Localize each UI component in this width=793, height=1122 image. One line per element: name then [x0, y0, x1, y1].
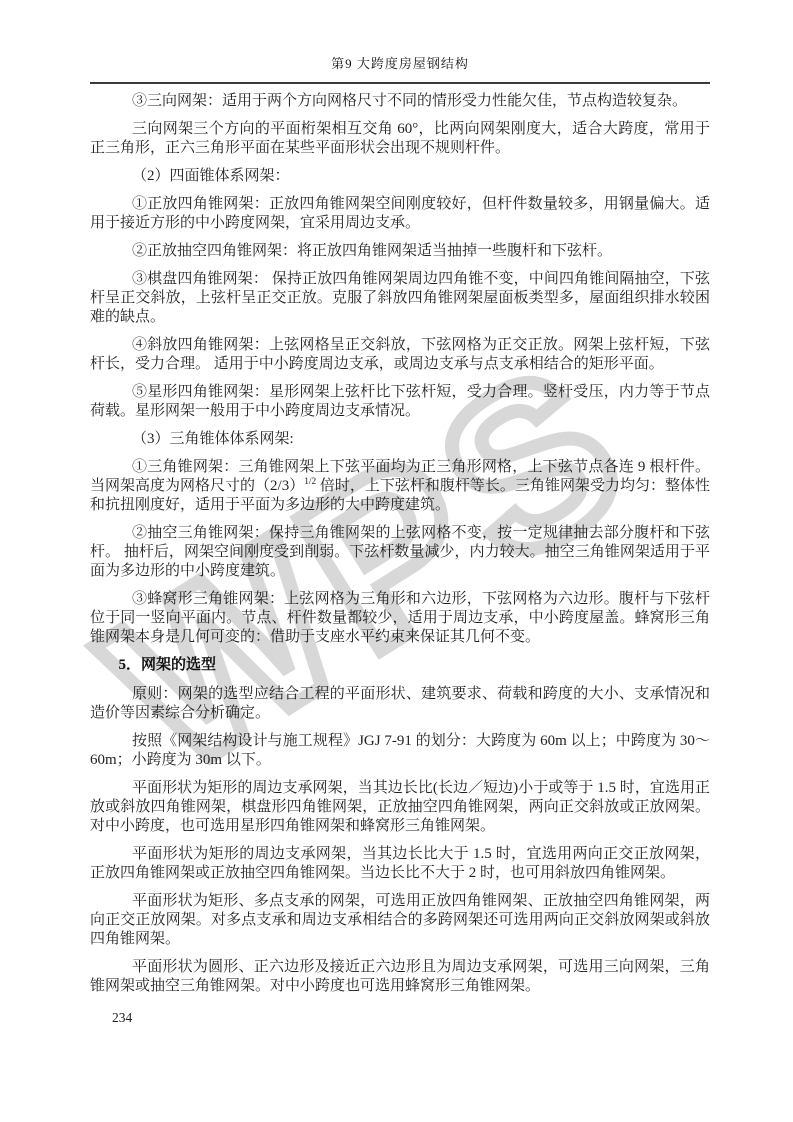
paragraph-square-pyramid-4: ④斜放四角锥网架：上弦网格呈正交斜放，下弦网格为正交正放。网架上弦杆短，下弦杆长…: [90, 336, 710, 374]
paragraph-square-pyramid-1: ①正放四角锥网架：正放四角锥网架空间刚度较好，但杆件数量较多，用钢量偏大。适用于…: [90, 195, 710, 233]
paragraph-triangular-pyramid-3: ③蜂窝形三角锥网架：上弦网格为三角形和六边形，下弦网格为六边形。腹杆与下弦杆位于…: [90, 590, 710, 647]
paragraph-selection-multi-point-support: 平面形状为矩形、多点支承的网架，可选用正放四角锥网架、正放抽空四角锥网架，两向正…: [90, 892, 710, 949]
header-rule: [90, 82, 710, 84]
page-number: 234: [112, 1010, 132, 1025]
paragraph-selection-circular-hexagonal: 平面形状为圆形、正六边形及接近正六边形且为周边支承网架，可选用三向网架，三角锥网…: [90, 958, 710, 996]
page-footer: 234: [112, 1010, 132, 1026]
section-heading-grid-selection: 5．网架的选型: [90, 656, 710, 675]
body-text: ③三向网架：适用于两个方向网格尺寸不同的情形受力性能欠佳，节点构造较复杂。 三向…: [90, 92, 710, 996]
page-content: 第9 大跨度房屋钢结构 ③三向网架：适用于两个方向网格尺寸不同的情形受力性能欠佳…: [90, 55, 710, 1005]
paragraph-square-pyramid-5: ⑤星形四角锥网架：星形网架上弦杆比下弦杆短，受力合理。竖杆受压，内力等于节点荷载…: [90, 383, 710, 421]
paragraph-square-pyramid-3: ③棋盘四角锥网架： 保持正放四角锥网架周边四角锥不变，中间四角锥间隔抽空，下弦杆…: [90, 270, 710, 327]
paragraph-square-pyramid-2: ②正放抽空四角锥网架：将正放四角锥网架适当抽掉一些腹杆和下弦杆。: [90, 242, 710, 261]
exponent-one-half: 1/2: [304, 477, 316, 487]
paragraph-selection-principle: 原则：网架的选型应结合工程的平面形状、建筑要求、荷载和跨度的大小、支承情况和造价…: [90, 685, 710, 723]
paragraph-three-way-grid-note: ③三向网架：适用于两个方向网格尺寸不同的情形受力性能欠佳，节点构造较复杂。: [90, 92, 710, 111]
paragraph-selection-rect-ratio-le-1-5: 平面形状为矩形的周边支承网架，当其边长比(长边／短边)小于或等于 1.5 时，宜…: [90, 779, 710, 836]
subsection-heading-triangular-pyramid-system: （3）三角锥体体系网架:: [90, 430, 710, 449]
page-header: 第9 大跨度房屋钢结构: [90, 55, 710, 84]
paragraph-triangular-pyramid-1: ①三角锥网架：三角锥网架上下弦平面均为正三角形网格，上下弦节点各连 9 根杆件。…: [90, 458, 710, 515]
document-page: WPS 第9 大跨度房屋钢结构 ③三向网架：适用于两个方向网格尺寸不同的情形受力…: [0, 0, 793, 1122]
paragraph-three-way-grid-desc: 三向网架三个方向的平面桁架相互交角 60°，比两向网架刚度大，适合大跨度，常用于…: [90, 120, 710, 158]
header-title: 第9 大跨度房屋钢结构: [90, 55, 710, 73]
paragraph-triangular-pyramid-2: ②抽空三角锥网架：保持三角锥网架的上弦网格不变，按一定规律抽去部分腹杆和下弦杆。…: [90, 524, 710, 581]
subsection-heading-square-pyramid-system: （2）四面锥体系网架：: [90, 167, 710, 186]
paragraph-selection-rect-ratio-gt-1-5: 平面形状为矩形的周边支承网架，当其边长比大于 1.5 时，宜选用两向正交正放网架…: [90, 845, 710, 883]
paragraph-selection-span-classes: 按照《网架结构设计与施工规程》JGJ 7-91 的划分：大跨度为 60m 以上；…: [90, 732, 710, 770]
